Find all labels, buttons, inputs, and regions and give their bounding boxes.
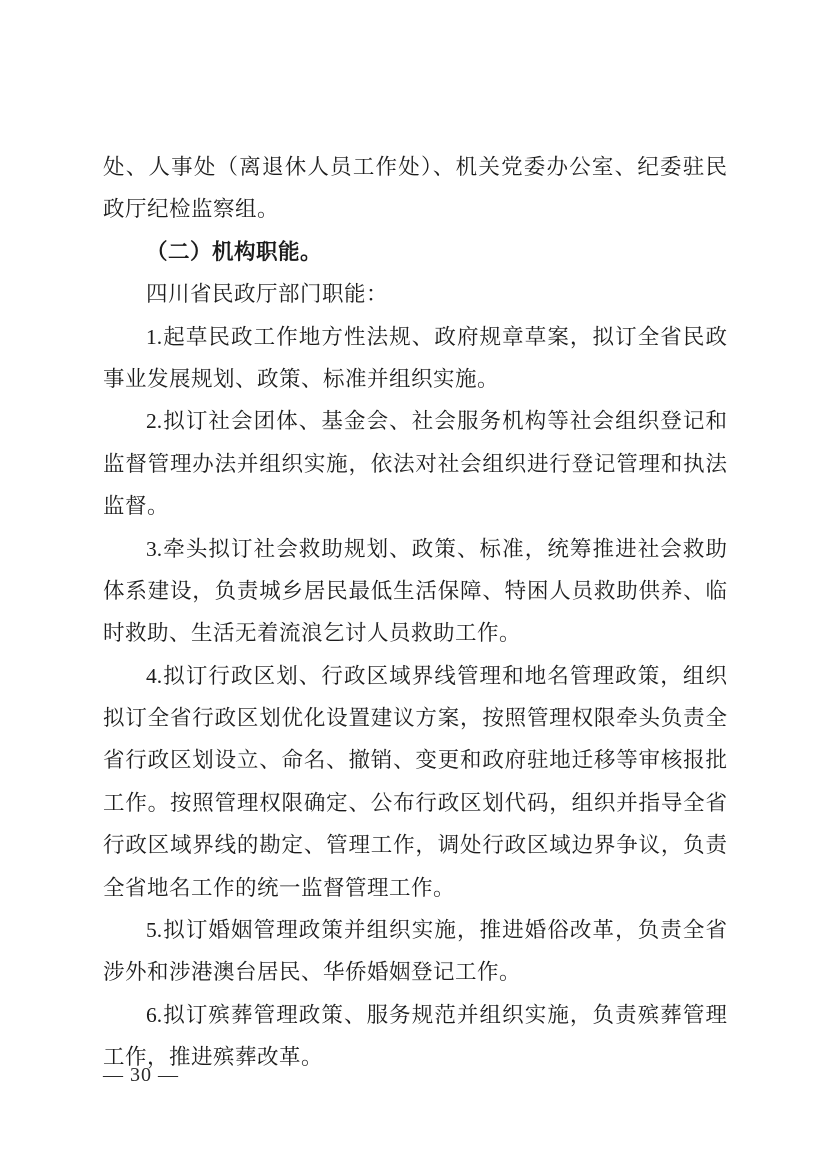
text-line: 监督管理办法并组织实施，依法对社会组织进行登记管理和执法 (103, 443, 727, 485)
text-line: 四川省民政厅部门职能： (103, 273, 727, 315)
text-line: 体系建设，负责城乡居民最低生活保障、特困人员救助供养、临 (103, 570, 727, 612)
document-page: 处、人事处（离退休人员工作处）、机关党委办公室、纪委驻民政厅纪检监察组。（二）机… (0, 0, 826, 1169)
page-number: — 30 — (103, 1064, 179, 1086)
section-heading: （二）机构职能。 (103, 231, 727, 273)
text-line: 处、人事处（离退休人员工作处）、机关党委办公室、纪委驻民 (103, 146, 727, 188)
text-line: 5.拟订婚姻管理政策并组织实施，推进婚俗改革，负责全省 (103, 909, 727, 951)
text-line: 监督。 (103, 485, 727, 527)
text-line: 时救助、生活无着流浪乞讨人员救助工作。 (103, 612, 727, 654)
text-line: 事业发展规划、政策、标准并组织实施。 (103, 358, 727, 400)
text-line: 工作，推进殡葬改革。 (103, 1036, 727, 1078)
text-line: 拟订全省行政区划优化设置建议方案，按照管理权限牵头负责全 (103, 697, 727, 739)
text-line: 1.起草民政工作地方性法规、政府规章草案，拟订全省民政 (103, 316, 727, 358)
document-body: 处、人事处（离退休人员工作处）、机关党委办公室、纪委驻民政厅纪检监察组。（二）机… (103, 146, 727, 1079)
text-line: 涉外和涉港澳台居民、华侨婚姻登记工作。 (103, 951, 727, 993)
text-line: 工作。按照管理权限确定、公布行政区划代码，组织并指导全省 (103, 782, 727, 824)
text-line: 省行政区划设立、命名、撤销、变更和政府驻地迁移等审核报批 (103, 739, 727, 781)
text-line: 4.拟订行政区划、行政区域界线管理和地名管理政策，组织 (103, 655, 727, 697)
text-line: 2.拟订社会团体、基金会、社会服务机构等社会组织登记和 (103, 400, 727, 442)
text-line: 6.拟订殡葬管理政策、服务规范并组织实施，负责殡葬管理 (103, 994, 727, 1036)
page-footer: — 30 — (103, 1058, 179, 1092)
text-line: 行政区域界线的勘定、管理工作，调处行政区域边界争议，负责 (103, 824, 727, 866)
text-line: 3.牵头拟订社会救助规划、政策、标准，统筹推进社会救助 (103, 528, 727, 570)
text-line: 全省地名工作的统一监督管理工作。 (103, 867, 727, 909)
text-line: 政厅纪检监察组。 (103, 188, 727, 230)
